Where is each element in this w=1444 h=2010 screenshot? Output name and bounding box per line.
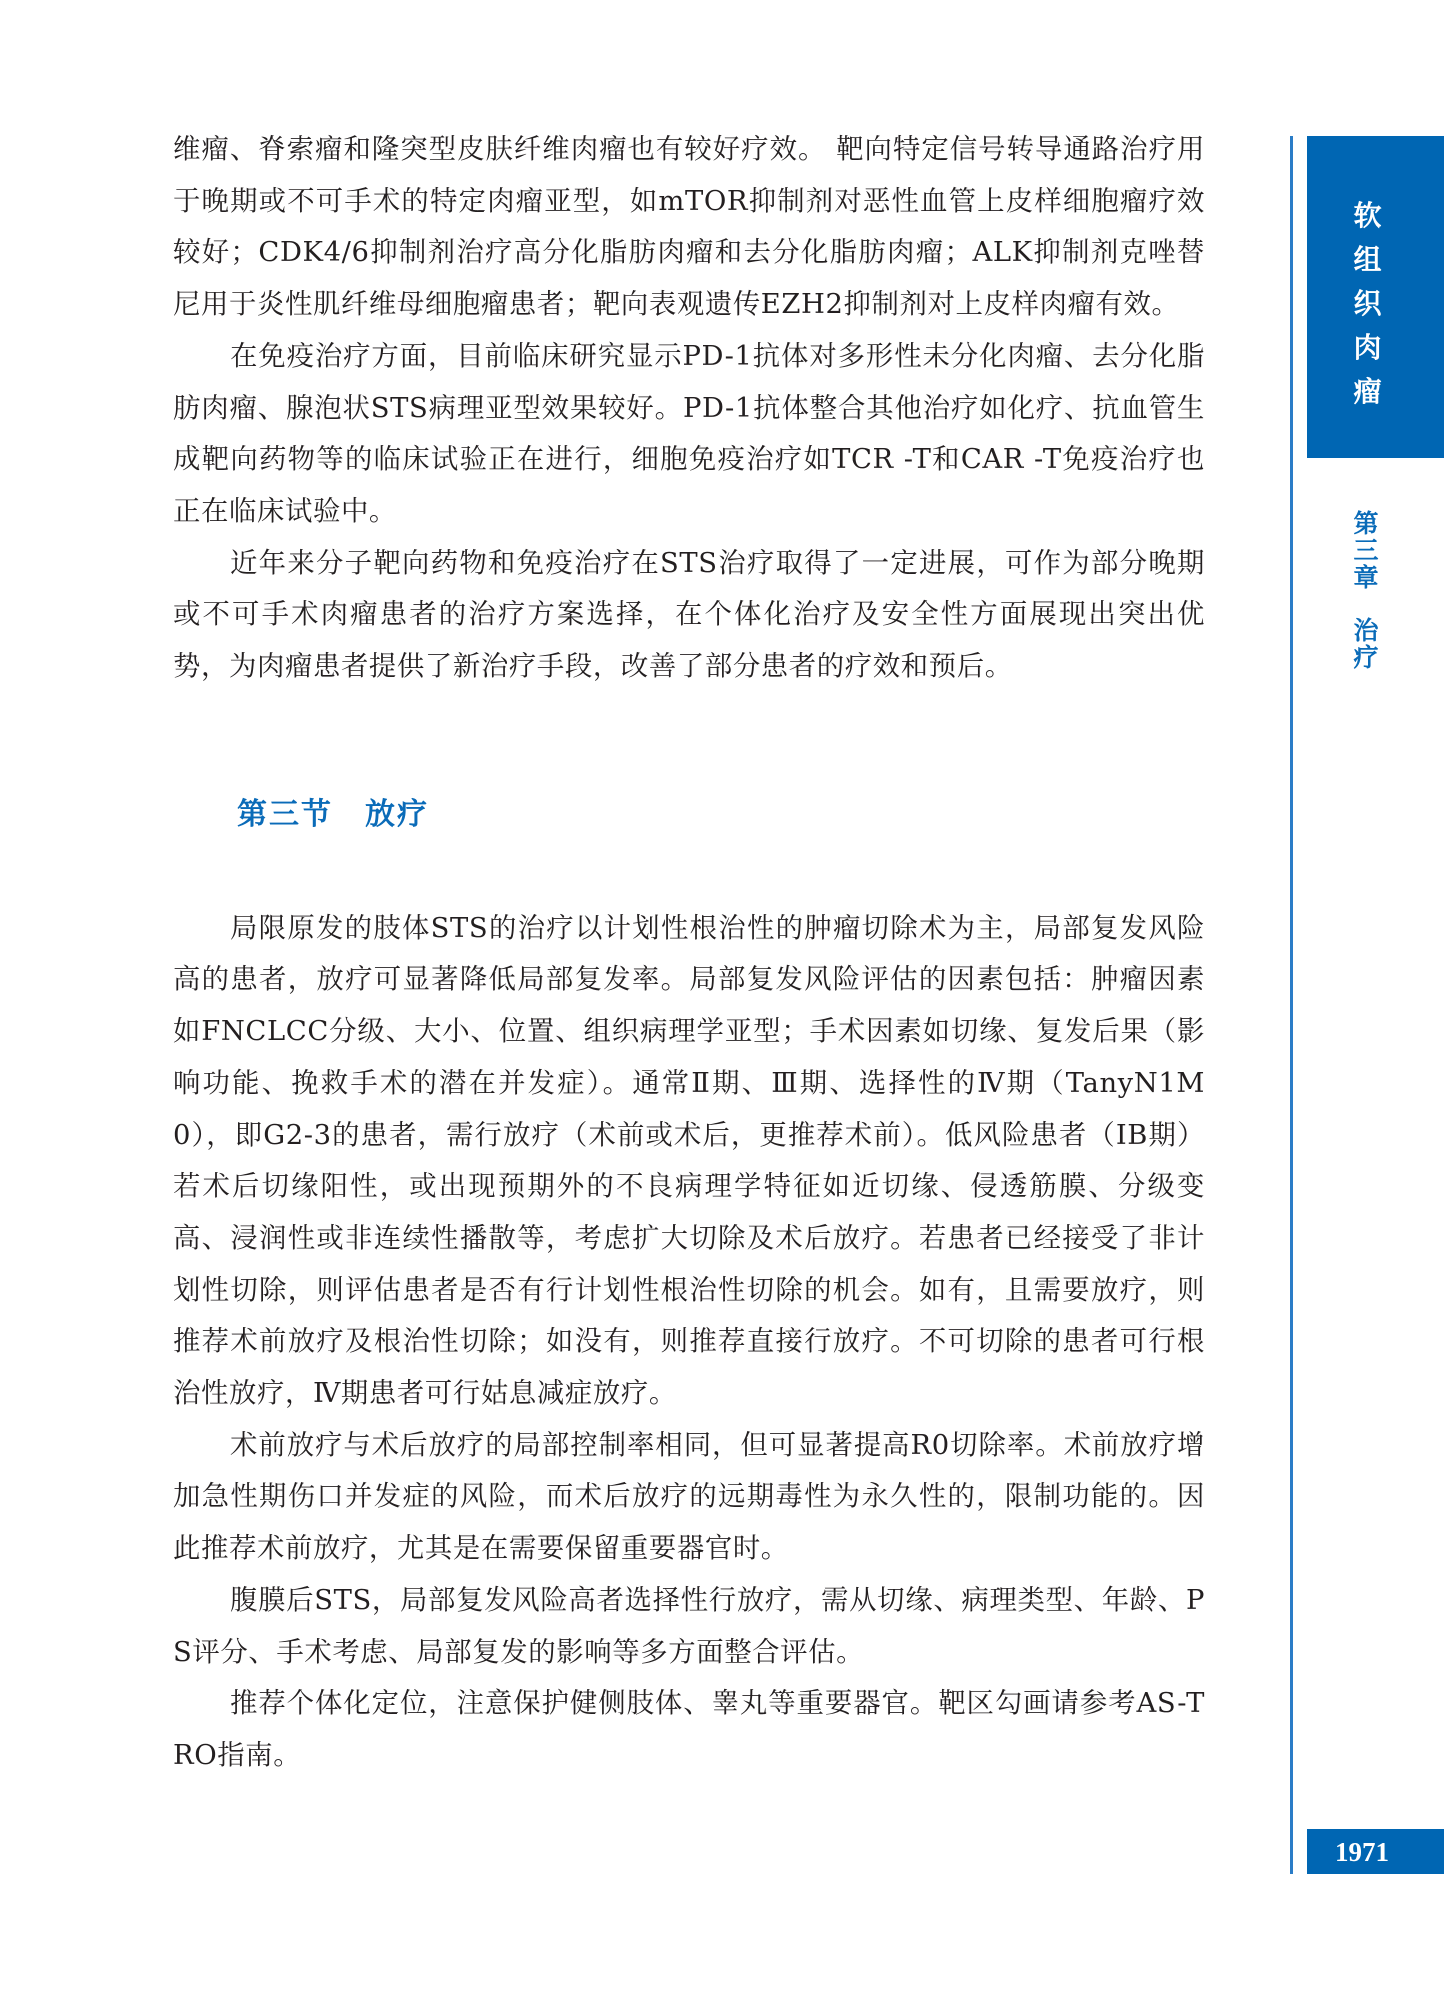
paragraph: 近年来分子靶向药物和免疫治疗在STS治疗取得了一定进展，可作为部分晚期或不可手术…	[173, 538, 1205, 693]
chapter-label-char: 治	[1353, 617, 1378, 644]
paragraph: 术前放疗与术后放疗的局部控制率相同，但可显著提高R0切除率。术前放疗增加急性期伤…	[173, 1420, 1205, 1575]
chapter-tab: 软 组 织 肉 瘤	[1307, 136, 1444, 458]
tab-title-char: 软	[1353, 194, 1381, 238]
body-text: 维瘤、脊索瘤和隆突型皮肤纤维肉瘤也有较好疗效。 靶向特定信号转导通路治疗用于晚期…	[173, 124, 1205, 1782]
chapter-label-char: 章	[1353, 564, 1378, 591]
page-number: 1971	[1335, 1837, 1389, 1867]
paragraph: 在免疫治疗方面，目前临床研究显示PD-1抗体对多形性未分化肉瘤、去分化脂肪肉瘤、…	[173, 331, 1205, 538]
section-heading: 第三节 放疗	[173, 693, 1205, 903]
tab-title-char: 瘤	[1353, 370, 1381, 414]
tab-title-char: 组	[1353, 238, 1381, 282]
chapter-label-char: 第	[1353, 510, 1378, 537]
chapter-label-char: 疗	[1353, 644, 1378, 671]
paragraph: 腹膜后STS，局部复发风险高者选择性行放疗，需从切缘、病理类型、年龄、PS评分、…	[173, 1575, 1205, 1678]
tab-title-char: 织	[1353, 282, 1381, 326]
paragraph: 推荐个体化定位，注意保护健侧肢体、睾丸等重要器官。靶区勾画请参考AS-TRO指南…	[173, 1678, 1205, 1781]
paragraph: 维瘤、脊索瘤和隆突型皮肤纤维肉瘤也有较好疗效。 靶向特定信号转导通路治疗用于晚期…	[173, 124, 1205, 331]
page-number-box: 1971	[1307, 1829, 1444, 1874]
chapter-label: 第 三 章 治 疗	[1340, 510, 1392, 671]
chapter-label-char: 三	[1353, 537, 1378, 564]
paragraph: 局限原发的肢体STS的治疗以计划性根治性的肿瘤切除术为主，局部复发风险高的患者，…	[173, 903, 1205, 1420]
margin-rule	[1290, 136, 1293, 1874]
tab-title-char: 肉	[1353, 326, 1381, 370]
